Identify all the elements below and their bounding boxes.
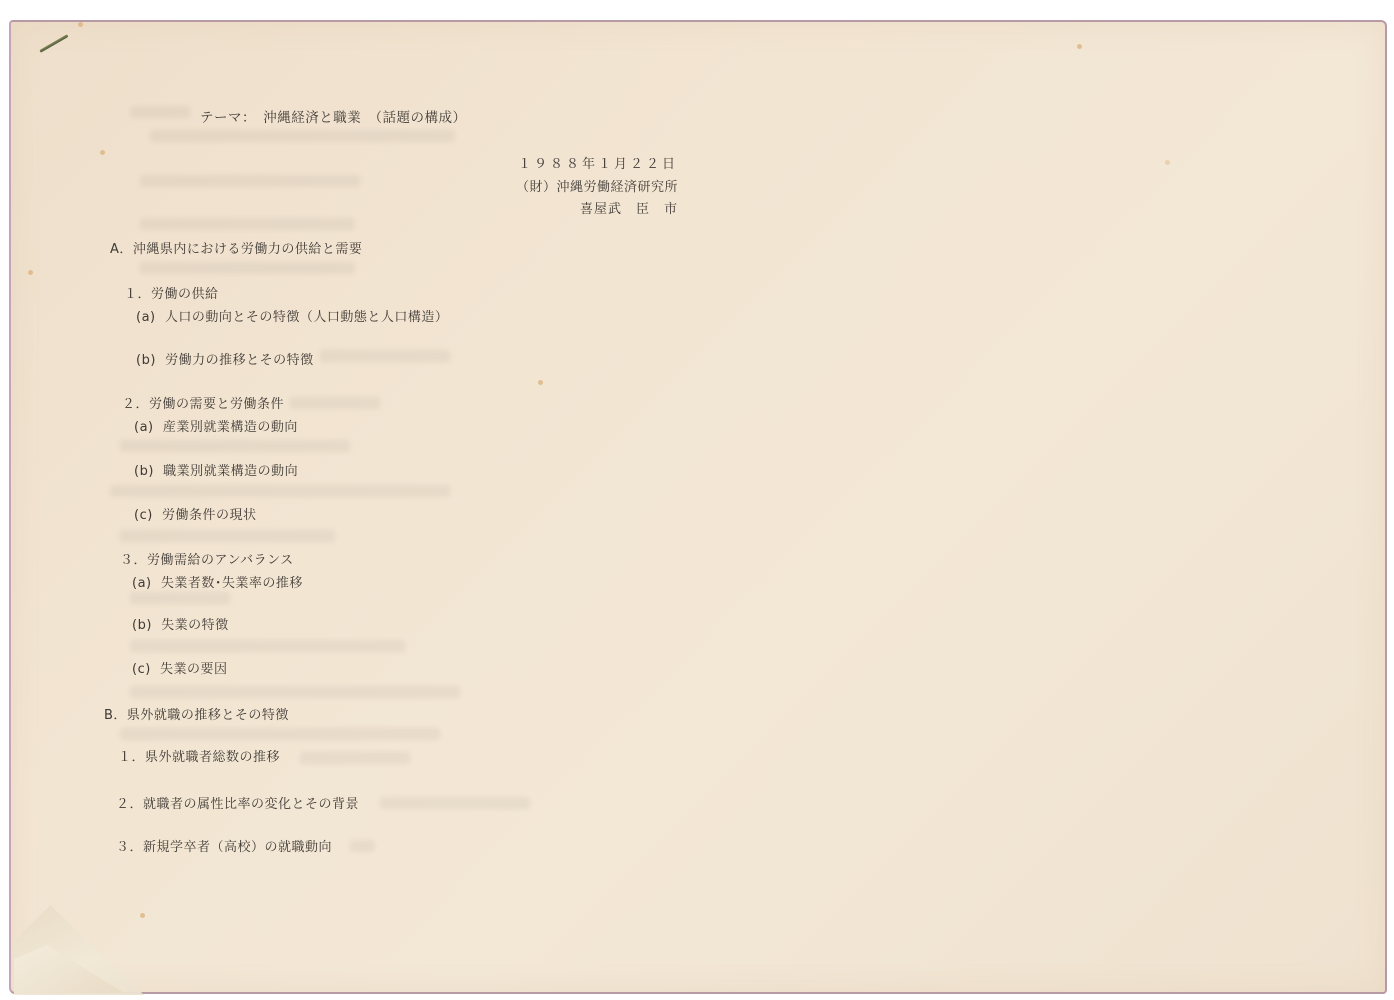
document-organization: （財）沖縄労働経済研究所 bbox=[516, 176, 678, 195]
item-heading: １．労働の供給 bbox=[124, 283, 219, 302]
subitem: (b) 失業の特徴 bbox=[132, 614, 229, 633]
item-heading: １．県外就職者総数の推移 bbox=[118, 746, 280, 765]
subitem: (a) 人口の動向とその特徴（人口動態と人口構造） bbox=[136, 306, 448, 325]
section-heading-a: A．沖縄県内における労働力の供給と需要 bbox=[110, 238, 362, 257]
item-heading: ２．労働の需要と労働条件 bbox=[122, 393, 284, 412]
subitem: (c) 労働条件の現状 bbox=[134, 504, 257, 523]
document-author: 喜屋武 臣 市 bbox=[580, 198, 678, 217]
item-heading: ２．就職者の属性比率の変化とその背景 bbox=[116, 793, 359, 812]
item-heading: ３．労働需給のアンバランス bbox=[120, 549, 294, 568]
subitem: (b) 労働力の推移とその特徴 bbox=[136, 349, 314, 368]
subitem: (a) 失業者数･失業率の推移 bbox=[132, 572, 303, 591]
document-title: テーマ： 沖縄経済と職業 （話題の構成） bbox=[200, 106, 467, 126]
item-heading: ３．新規学卒者（高校）の就職動向 bbox=[116, 836, 332, 855]
subitem: (b) 職業別就業構造の動向 bbox=[134, 460, 298, 479]
subitem: (c) 失業の要因 bbox=[132, 658, 228, 677]
section-heading-b: B．県外就職の推移とその特徴 bbox=[104, 704, 289, 723]
document-content: テーマ： 沖縄経済と職業 （話題の構成） １９８８年１月２２日 （財）沖縄労働経… bbox=[0, 0, 1394, 1000]
subitem: (a) 産業別就業構造の動向 bbox=[134, 416, 298, 435]
document-date: １９８８年１月２２日 bbox=[518, 153, 678, 172]
